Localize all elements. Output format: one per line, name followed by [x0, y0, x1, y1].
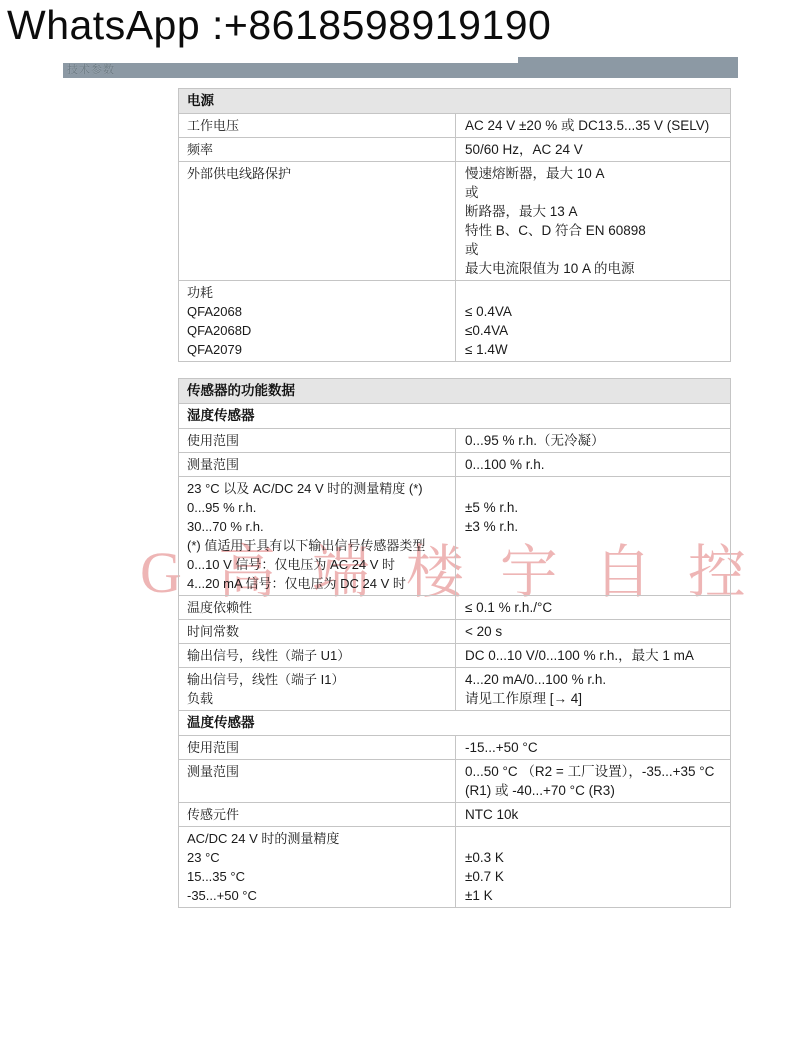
value-line [465, 283, 721, 302]
table-row: 时间常数< 20 s [179, 619, 730, 643]
value-line [465, 829, 721, 848]
value-line: ≤ 1.4W [465, 340, 721, 359]
section-bar-right-segment [518, 57, 738, 78]
row-value-cell: DC 0...10 V/0...100 % r.h.，最大 1 mA [456, 644, 730, 667]
label-line: 23 °C [187, 848, 447, 867]
section-bar-label: 技术参数 [67, 64, 115, 77]
label-line: 测量范围 [187, 762, 447, 781]
label-line: 传感元件 [187, 805, 447, 824]
label-line: QFA2068 [187, 302, 447, 321]
row-label-cell: AC/DC 24 V 时的测量精度23 °C15...35 °C-35...+5… [179, 827, 456, 907]
table-row: 功耗QFA2068QFA2068DQFA2079 ≤ 0.4VA≤0.4VA≤ … [179, 280, 730, 361]
table-row: AC/DC 24 V 时的测量精度23 °C15...35 °C-35...+5… [179, 826, 730, 907]
row-label-cell: 频率 [179, 138, 456, 161]
value-line: (R1) 或 -40...+70 °C (R3) [465, 781, 721, 800]
value-line [465, 479, 721, 498]
label-line: 工作电压 [187, 116, 447, 135]
row-value-cell: ≤ 0.4VA≤0.4VA≤ 1.4W [456, 281, 730, 361]
value-line: 或 [465, 240, 721, 259]
row-value-cell: ≤ 0.1 % r.h./°C [456, 596, 730, 619]
label-line: 输出信号，线性（端子 U1） [187, 646, 447, 665]
table-row: 使用范围0...95 % r.h.（无冷凝） [179, 428, 730, 452]
row-value-cell: ±5 % r.h.±3 % r.h. [456, 477, 730, 595]
value-line: ≤ 0.4VA [465, 302, 721, 321]
table-row: 使用范围-15...+50 °C [179, 735, 730, 759]
value-line: 0...95 % r.h.（无冷凝） [465, 431, 721, 450]
table-title: 传感器的功能数据 [179, 379, 730, 403]
value-line: 0...50 °C （R2 = 工厂设置），-35...+35 °C [465, 762, 721, 781]
label-line: (*) 值适用于具有以下输出信号传感器类型 [187, 536, 447, 555]
value-line: 最大电流限值为 10 A 的电源 [465, 259, 721, 278]
table-row: 传感元件NTC 10k [179, 802, 730, 826]
row-label-cell: 工作电压 [179, 114, 456, 137]
table-row: 23 °C 以及 AC/DC 24 V 时的测量精度 (*)0...95 % r… [179, 476, 730, 595]
table-row: 输出信号，线性（端子 I1）负载4...20 mA/0...100 % r.h.… [179, 667, 730, 710]
label-line: 15...35 °C [187, 867, 447, 886]
label-line: QFA2068D [187, 321, 447, 340]
row-value-cell: 50/60 Hz，AC 24 V [456, 138, 730, 161]
table-row: 频率50/60 Hz，AC 24 V [179, 137, 730, 161]
value-line: ±5 % r.h. [465, 498, 721, 517]
table-row: 测量范围0...50 °C （R2 = 工厂设置），-35...+35 °C(R… [179, 759, 730, 802]
label-line: AC/DC 24 V 时的测量精度 [187, 829, 447, 848]
label-line: 负载 [187, 689, 447, 708]
label-line: 外部供电线路保护 [187, 164, 447, 183]
label-line: 输出信号，线性（端子 I1） [187, 670, 447, 689]
value-line: < 20 s [465, 622, 721, 641]
value-line: -15...+50 °C [465, 738, 721, 757]
row-value-cell: AC 24 V ±20 % 或 DC13.5...35 V (SELV) [456, 114, 730, 137]
section-subheader: 温度传感器 [179, 710, 730, 735]
value-line: 特性 B、C、D 符合 EN 60898 [465, 221, 721, 240]
value-line: ≤ 0.1 % r.h./°C [465, 598, 721, 617]
value-line: ±3 % r.h. [465, 517, 721, 536]
row-label-cell: 测量范围 [179, 453, 456, 476]
row-value-cell: 0...50 °C （R2 = 工厂设置），-35...+35 °C(R1) 或… [456, 760, 730, 802]
table-row: 外部供电线路保护慢速熔断器，最大 10 A或断路器，最大 13 A特性 B、C、… [179, 161, 730, 280]
section-subheader: 湿度传感器 [179, 403, 730, 428]
label-line: 测量范围 [187, 455, 447, 474]
spec-table: 电源工作电压AC 24 V ±20 % 或 DC13.5...35 V (SEL… [178, 88, 731, 362]
row-label-cell: 时间常数 [179, 620, 456, 643]
label-line: -35...+50 °C [187, 886, 447, 905]
label-line: 0...10 V 信号：仅电压为 AC 24 V 时 [187, 555, 447, 574]
label-line: 功耗 [187, 283, 447, 302]
row-value-cell: < 20 s [456, 620, 730, 643]
row-label-cell: 外部供电线路保护 [179, 162, 456, 280]
table-row: 输出信号，线性（端子 U1）DC 0...10 V/0...100 % r.h.… [179, 643, 730, 667]
row-value-cell: ±0.3 K±0.7 K±1 K [456, 827, 730, 907]
value-line: 请见工作原理 [→ 4] [465, 689, 721, 708]
row-label-cell: 23 °C 以及 AC/DC 24 V 时的测量精度 (*)0...95 % r… [179, 477, 456, 595]
value-line: 或 [465, 183, 721, 202]
value-line: 4...20 mA/0...100 % r.h. [465, 670, 721, 689]
row-label-cell: 传感元件 [179, 803, 456, 826]
value-line: AC 24 V ±20 % 或 DC13.5...35 V (SELV) [465, 116, 721, 135]
value-line: ±1 K [465, 886, 721, 905]
spec-tables-container: 电源工作电压AC 24 V ±20 % 或 DC13.5...35 V (SEL… [178, 88, 731, 924]
value-line: DC 0...10 V/0...100 % r.h.，最大 1 mA [465, 646, 721, 665]
row-label-cell: 测量范围 [179, 760, 456, 802]
row-value-cell: 慢速熔断器，最大 10 A或断路器，最大 13 A特性 B、C、D 符合 EN … [456, 162, 730, 280]
table-row: 测量范围0...100 % r.h. [179, 452, 730, 476]
value-line: ≤0.4VA [465, 321, 721, 340]
label-line: 30...70 % r.h. [187, 517, 447, 536]
row-value-cell: -15...+50 °C [456, 736, 730, 759]
value-line: 慢速熔断器，最大 10 A [465, 164, 721, 183]
row-label-cell: 输出信号，线性（端子 U1） [179, 644, 456, 667]
table-row: 工作电压AC 24 V ±20 % 或 DC13.5...35 V (SELV) [179, 113, 730, 137]
value-line: 0...100 % r.h. [465, 455, 721, 474]
label-line: 使用范围 [187, 431, 447, 450]
value-line: 断路器，最大 13 A [465, 202, 721, 221]
label-line: QFA2079 [187, 340, 447, 359]
row-label-cell: 使用范围 [179, 736, 456, 759]
row-value-cell: 0...100 % r.h. [456, 453, 730, 476]
label-line: 0...95 % r.h. [187, 498, 447, 517]
row-label-cell: 功耗QFA2068QFA2068DQFA2079 [179, 281, 456, 361]
row-label-cell: 使用范围 [179, 429, 456, 452]
table-row: 温度依赖性≤ 0.1 % r.h./°C [179, 595, 730, 619]
spec-table: 传感器的功能数据湿度传感器使用范围0...95 % r.h.（无冷凝）测量范围0… [178, 378, 731, 908]
row-value-cell: 4...20 mA/0...100 % r.h.请见工作原理 [→ 4] [456, 668, 730, 710]
label-line: 23 °C 以及 AC/DC 24 V 时的测量精度 (*) [187, 479, 447, 498]
label-line: 时间常数 [187, 622, 447, 641]
label-line: 频率 [187, 140, 447, 159]
row-label-cell: 温度依赖性 [179, 596, 456, 619]
row-label-cell: 输出信号，线性（端子 I1）负载 [179, 668, 456, 710]
label-line: 使用范围 [187, 738, 447, 757]
label-line: 4...20 mA 信号：仅电压为 DC 24 V 时 [187, 574, 447, 593]
value-line: ±0.3 K [465, 848, 721, 867]
value-line: ±0.7 K [465, 867, 721, 886]
whatsapp-contact-title: WhatsApp :+8618598919190 [7, 2, 551, 49]
row-value-cell: 0...95 % r.h.（无冷凝） [456, 429, 730, 452]
value-line: 50/60 Hz，AC 24 V [465, 140, 721, 159]
table-title: 电源 [179, 89, 730, 113]
value-line: NTC 10k [465, 805, 721, 824]
label-line: 温度依赖性 [187, 598, 447, 617]
row-value-cell: NTC 10k [456, 803, 730, 826]
